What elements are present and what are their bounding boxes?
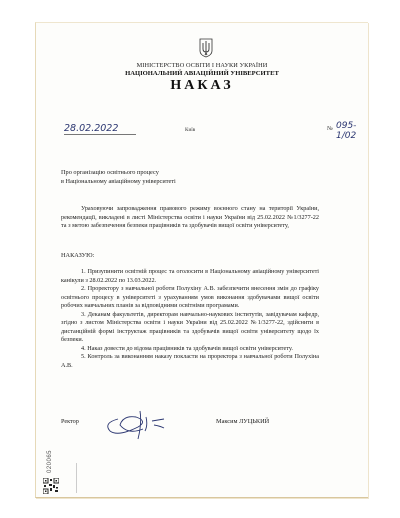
subject-line-1: Про організацію освітнього процесу [61, 169, 176, 178]
signer-title: Ректор [61, 418, 79, 425]
barcode-number: 020065 [47, 450, 53, 473]
qr-code-icon [43, 478, 59, 494]
order-date: 28.02.2022 [64, 123, 136, 135]
order-item: 1. Призупинити освітній процес та оголос… [61, 268, 319, 285]
order-item: 3. Деканам факультетів, директорам навча… [61, 311, 319, 345]
order-items-list: 1. Призупинити освітній процес та оголос… [61, 268, 319, 370]
order-number-label: № [327, 126, 333, 132]
scanned-order-page: МІНІСТЕРСТВО ОСВІТИ І НАУКИ УКРАЇНИ НАЦІ… [35, 22, 368, 498]
margin-divider [76, 463, 77, 493]
ukraine-trident-emblem-icon [199, 38, 213, 58]
preamble-text: Ураховуючи запровадження правового режим… [61, 205, 319, 231]
order-preamble: Ураховуючи запровадження правового режим… [61, 205, 319, 231]
order-item: 5. Контроль за виконанням наказу покласт… [61, 353, 319, 370]
document-type-title: НАКАЗ [36, 78, 368, 94]
order-city: Київ [185, 127, 195, 133]
university-header: НАЦІОНАЛЬНИЙ АВІАЦІЙНИЙ УНІВЕРСИТЕТ [36, 70, 368, 77]
order-directive-word: НАКАЗУЮ: [61, 252, 94, 259]
handwritten-signature-icon [98, 409, 188, 441]
order-item: 4. Наказ довести до відома працівників т… [61, 345, 319, 354]
order-subject: Про організацію освітнього процесу в Нац… [61, 169, 176, 186]
subject-line-2: в Національному авіаційному університеті [61, 178, 176, 187]
signer-name: Максим ЛУЦЬКИЙ [216, 418, 269, 425]
order-number: 095-1/02 [336, 121, 368, 141]
ministry-header: МІНІСТЕРСТВО ОСВІТИ І НАУКИ УКРАЇНИ [36, 62, 368, 69]
order-item: 2. Проректору з навчальної роботи Полухі… [61, 285, 319, 311]
